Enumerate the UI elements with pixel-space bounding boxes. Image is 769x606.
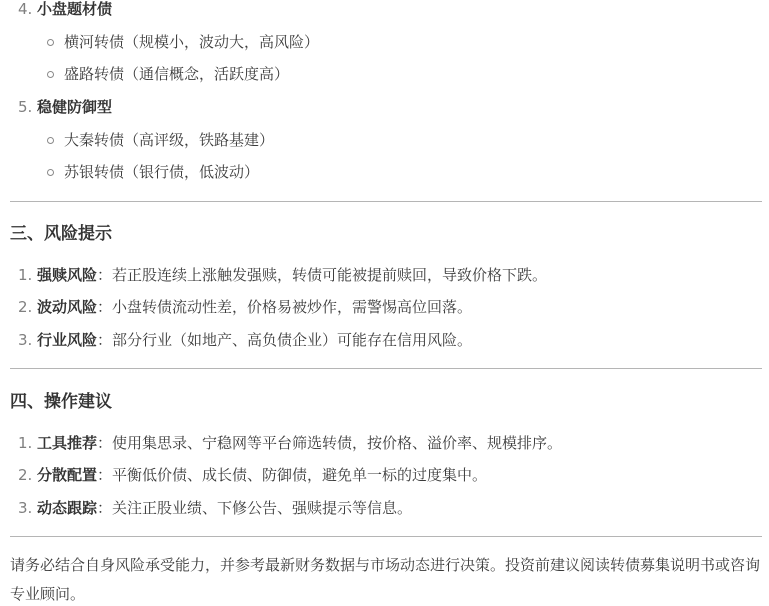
bullet-circle-icon <box>47 71 54 78</box>
list-number: 3. <box>18 496 32 520</box>
list-number: 1. <box>18 263 32 287</box>
advice-text: 关注正股业绩、下修公告、强赎提示等信息。 <box>112 499 412 517</box>
divider <box>10 536 762 537</box>
advice-label: 动态跟踪 <box>37 499 97 517</box>
risk-label: 波动风险 <box>37 298 97 316</box>
list-number: 2. <box>18 463 32 487</box>
risk-text: 若正股连续上涨触发强赎，转债可能被提前赎回，导致价格下跌。 <box>112 266 547 284</box>
list-number: 1. <box>18 431 32 455</box>
bond-text: 大秦转债（高评级，铁路基建） <box>64 128 274 152</box>
risk-label: 行业风险 <box>37 331 97 349</box>
separator: ： <box>97 331 112 349</box>
bullet-circle-icon <box>47 137 54 144</box>
separator: ： <box>97 466 112 484</box>
section-heading-risk: 三、风险提示 <box>10 221 112 247</box>
list-number: 3. <box>18 328 32 352</box>
section-heading-advice: 四、操作建议 <box>10 389 112 415</box>
bond-text: 横河转债（规模小，波动大，高风险） <box>64 30 319 54</box>
advice-text: 使用集思录、宁稳网等平台筛选转债，按价格、溢价率、规模排序。 <box>112 434 562 452</box>
bond-text: 盛路转债（通信概念，活跃度高） <box>64 62 289 86</box>
divider <box>10 201 762 202</box>
separator: ： <box>97 298 112 316</box>
category-title: 小盘题材债 <box>37 0 112 21</box>
list-number: 5. <box>18 95 32 119</box>
advice-label: 工具推荐 <box>37 434 97 452</box>
category-title: 稳健防御型 <box>37 95 112 119</box>
disclaimer-paragraph: 请务必结合自身风险承受能力，并参考最新财务数据与市场动态进行决策。投资前建议阅读… <box>10 551 765 606</box>
bullet-circle-icon <box>47 39 54 46</box>
bond-text: 苏银转债（银行债，低波动） <box>64 160 259 184</box>
advice-text: 平衡低价债、成长债、防御债，避免单一标的过度集中。 <box>112 466 487 484</box>
risk-text: 部分行业（如地产、高负债企业）可能存在信用风险。 <box>112 331 472 349</box>
list-number: 2. <box>18 295 32 319</box>
divider <box>10 368 762 369</box>
separator: ： <box>97 266 112 284</box>
risk-label: 强赎风险 <box>37 266 97 284</box>
separator: ： <box>97 434 112 452</box>
list-number: 4. <box>18 0 32 21</box>
risk-text: 小盘转债流动性差，价格易被炒作，需警惕高位回落。 <box>112 298 472 316</box>
separator: ： <box>97 499 112 517</box>
bullet-circle-icon <box>47 169 54 176</box>
advice-label: 分散配置 <box>37 466 97 484</box>
